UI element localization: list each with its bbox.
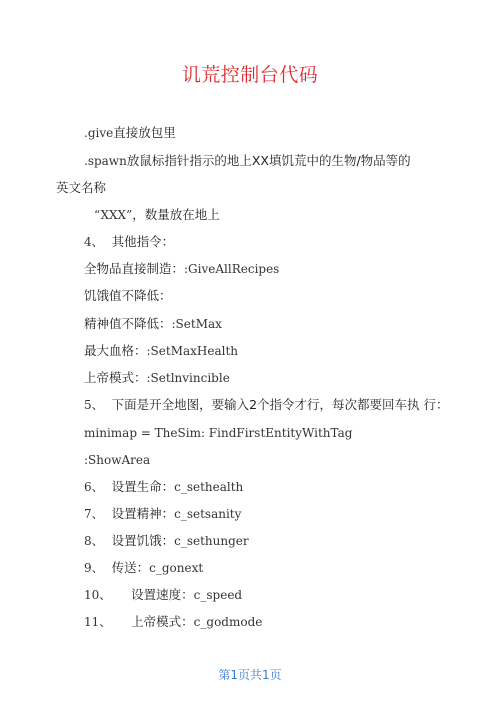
command-label: 最大血格： [84, 343, 147, 358]
command-code: :Setlnvincible [147, 371, 230, 385]
line-section-6: 6、 设置生命：c_sethealth [84, 479, 243, 495]
line-give-all-recipes: 全物品直接制造：:GiveAllRecipes [84, 261, 279, 277]
code-spawn: .spawn [84, 154, 127, 168]
line-quantity: “XXX”，数量放在地上 [94, 207, 220, 223]
command-label: 传送： [112, 560, 150, 575]
command-label: 设置饥饿： [112, 533, 175, 548]
section-label: 下面是开全地图，要输入2个指令才行，每次都要回车执 行： [112, 397, 449, 412]
command-code: minimap = TheSim: FindFirstEntityWithTag [84, 426, 352, 440]
command-label: 设置速度： [131, 587, 194, 602]
command-code: :SetMax [172, 317, 222, 331]
line-give: .give直接放包里 [84, 125, 176, 141]
line-text: 放鼠标指针指示的地上XX填饥荒中的生物/物品等的 [127, 153, 411, 168]
line-text: 英文名称 [56, 180, 106, 195]
command-label: 饥饿值不降低： [84, 288, 172, 303]
section-number: 5、 [84, 398, 104, 412]
section-number: 6、 [84, 480, 104, 494]
code-give: .give [84, 126, 113, 140]
line-text: ，数量放在地上 [132, 207, 220, 222]
line-sanity: 精神值不降低：:SetMax [84, 316, 222, 332]
command-code: c_sethunger [174, 534, 249, 548]
command-code: c_sethealth [174, 480, 243, 494]
line-show-area: :ShowArea [84, 452, 150, 468]
command-label: 精神值不降低： [84, 316, 172, 331]
line-english-name: 英文名称 [56, 180, 106, 196]
line-section-8: 8、 设置饥饿：c_sethunger [84, 533, 249, 549]
command-code: c_setsanity [174, 507, 241, 521]
command-label: 上帝模式： [131, 614, 194, 629]
line-spawn: .spawn放鼠标指针指示的地上XX填饥荒中的生物/物品等的 [84, 153, 411, 169]
command-code: :SetMaxHealth [147, 344, 239, 358]
document-page: 讥荒控制台代码 .give直接放包里 .spawn放鼠标指针指示的地上XX填饥荒… [0, 0, 500, 707]
command-code: :GiveAllRecipes [184, 262, 279, 276]
line-section-5: 5、 下面是开全地图，要输入2个指令才行，每次都要回车执 行： [84, 397, 449, 413]
line-invincible: 上帝模式：:Setlnvincible [84, 370, 230, 386]
line-text: 直接放包里 [113, 125, 176, 140]
line-section-10: 10、 设置速度：c_speed [84, 587, 242, 603]
section-label: 其他指令： [112, 234, 175, 249]
document-title: 讥荒控制台代码 [0, 62, 500, 88]
line-hunger: 饥饿值不降低： [84, 288, 172, 304]
command-code: c_gonext [149, 561, 203, 575]
command-label: 设置精神： [112, 506, 175, 521]
section-number: 4、 [84, 235, 104, 249]
line-section-11: 11、 上帝模式：c_godmode [84, 614, 262, 630]
section-number: 7、 [84, 507, 104, 521]
section-number: 11、 [84, 615, 111, 629]
line-section-4: 4、 其他指令： [84, 234, 174, 250]
line-minimap: minimap = TheSim: FindFirstEntityWithTag [84, 425, 352, 441]
command-label: 全物品直接制造： [84, 261, 184, 276]
command-code: :ShowArea [84, 453, 150, 467]
page-indicator: 第1页共1页 [0, 667, 500, 683]
section-number: 10、 [84, 588, 111, 602]
section-number: 8、 [84, 534, 104, 548]
command-label: 上帝模式： [84, 370, 147, 385]
line-section-9: 9、 传送：c_gonext [84, 560, 203, 576]
code-xxx: “XXX” [94, 208, 132, 222]
line-section-7: 7、 设置精神：c_setsanity [84, 506, 241, 522]
section-number: 9、 [84, 561, 104, 575]
command-code: c_speed [194, 588, 242, 602]
line-max-health: 最大血格：:SetMaxHealth [84, 343, 238, 359]
command-code: c_godmode [194, 615, 263, 629]
command-label: 设置生命： [112, 479, 175, 494]
